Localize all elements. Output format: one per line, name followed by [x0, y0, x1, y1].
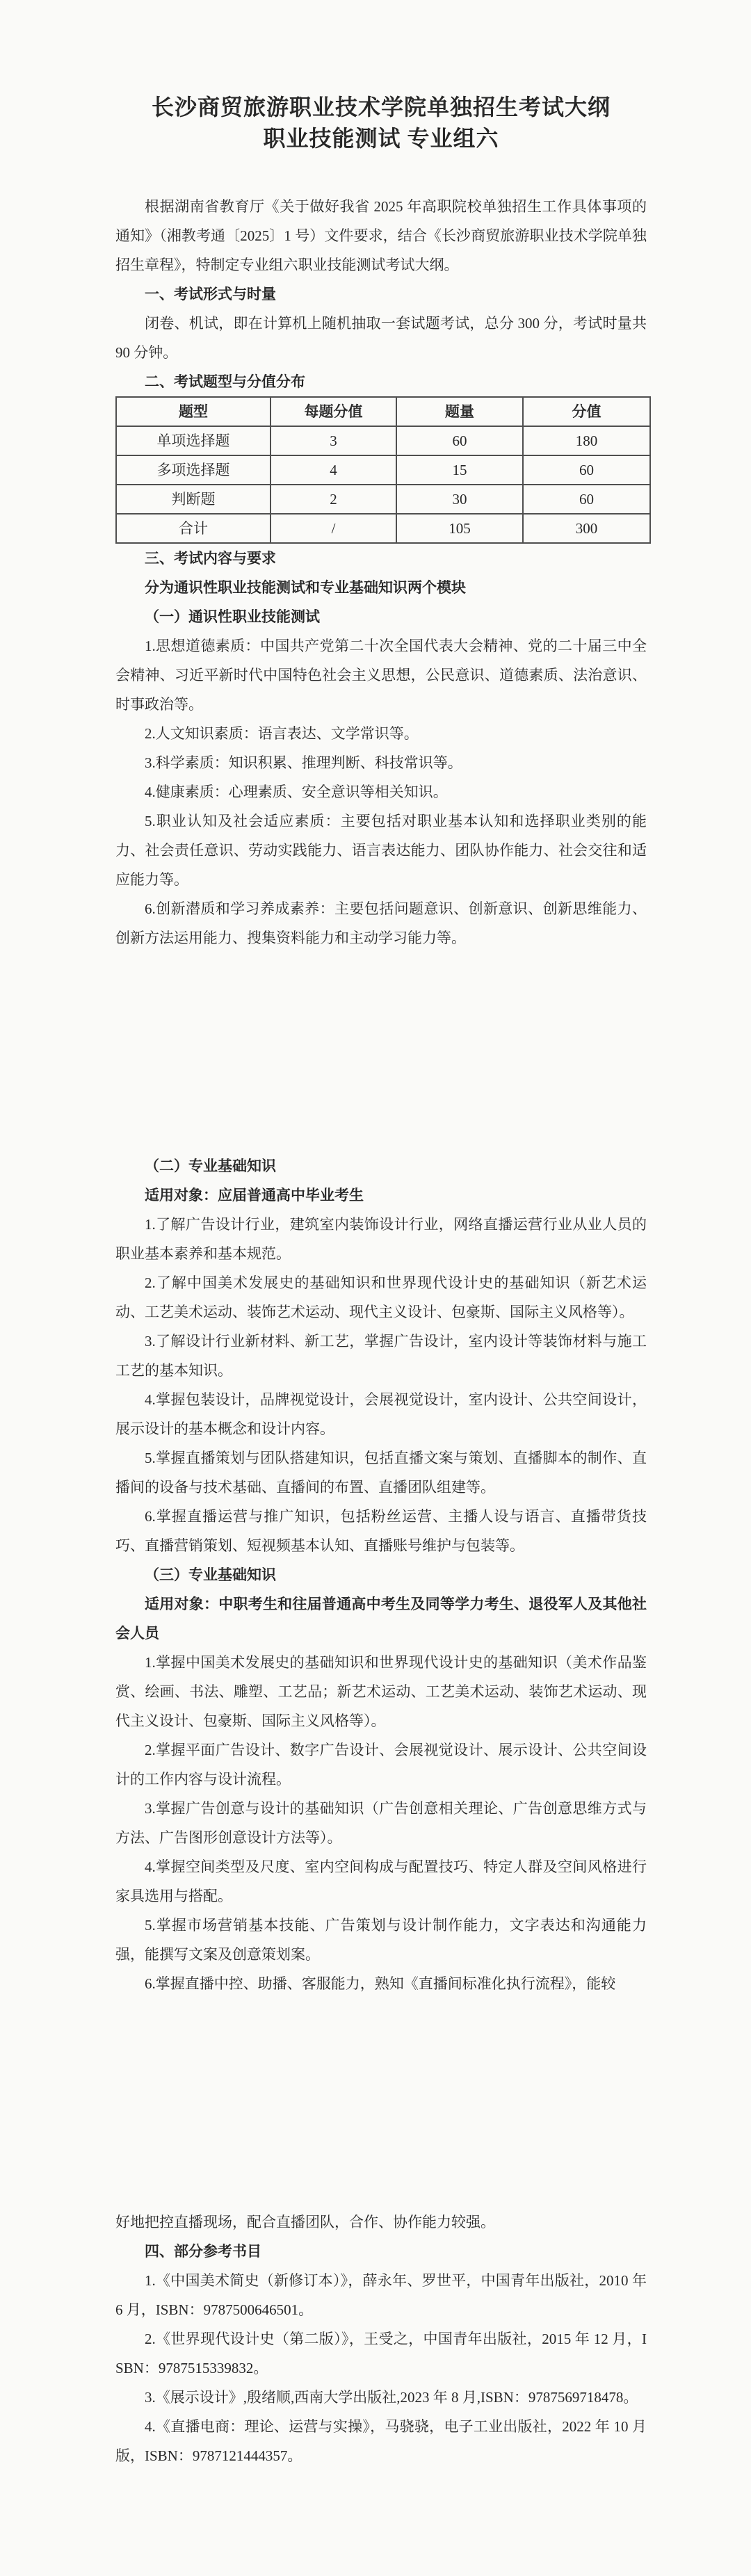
module2-item-4: 4.掌握包装设计，品牌视觉设计，会展视觉设计，室内设计、公共空间设计，展示设计的… [115, 1385, 647, 1443]
table-row: 单项选择题 3 60 180 [116, 426, 650, 455]
table-row: 判断题 2 30 60 [116, 485, 650, 514]
table-cell: 多项选择题 [116, 455, 270, 485]
table-cell: 3 [270, 426, 396, 455]
table-cell: 60 [396, 426, 523, 455]
table-cell: 105 [396, 514, 523, 543]
table-row: 合计 / 105 300 [116, 514, 650, 543]
module2-heading: （二）专业基础知识 [115, 1151, 647, 1181]
module3-item-2: 2.掌握平面广告设计、数字广告设计、会展视觉设计、展示设计、公共空间设计的工作内… [115, 1735, 647, 1794]
module3-heading: （三）专业基础知识 [115, 1560, 647, 1589]
table-cell: / [270, 514, 396, 543]
doc-title-line-1: 长沙商贸旅游职业技术学院单独招生考试大纲 [115, 92, 647, 123]
table-cell: 15 [396, 455, 523, 485]
module1-item-3: 3.科学素质：知识积累、推理判断、科技常识等。 [115, 748, 647, 777]
module3-item-6-part-1: 6.掌握直播中控、助播、客服能力，熟知《直播间标准化执行流程》，能较 [115, 1969, 647, 1998]
module3-item-4: 4.掌握空间类型及尺度、室内空间构成与配置技巧、特定人群及空间风格进行家具选用与… [115, 1852, 647, 1911]
section3-lead: 分为通识性职业技能测试和专业基础知识两个模块 [115, 573, 647, 602]
doc-title-line-2: 职业技能测试 专业组六 [115, 123, 647, 154]
table-header-total-points: 分值 [523, 397, 650, 426]
table-cell: 单项选择题 [116, 426, 270, 455]
table-row: 多项选择题 4 15 60 [116, 455, 650, 485]
module2-item-2: 2.了解中国美术发展史的基础知识和世界现代设计史的基础知识（新艺术运动、工艺美术… [115, 1268, 647, 1327]
module1-item-5: 5.职业认知及社会适应素质：主要包括对职业基本认知和选择职业类别的能力、社会责任… [115, 807, 647, 894]
table-cell: 300 [523, 514, 650, 543]
module1-item-4: 4.健康素质：心理素质、安全意识等相关知识。 [115, 777, 647, 807]
table-cell: 180 [523, 426, 650, 455]
intro-paragraph: 根据湖南省教育厅《关于做好我省 2025 年高职院校单独招生工作具体事项的通知》… [115, 192, 647, 280]
page-break-gap-1 [115, 953, 647, 1151]
table-cell: 60 [523, 485, 650, 514]
module3-audience: 适用对象：中职考生和往届普通高中考生及同等学力考生、退役军人及其他社会人员 [115, 1589, 647, 1648]
section4-heading: 四、部分参考书目 [115, 2237, 647, 2266]
table-cell: 4 [270, 455, 396, 485]
table-cell: 2 [270, 485, 396, 514]
table-cell: 合计 [116, 514, 270, 543]
reference-2: 2.《世界现代设计史（第二版）》，王受之，中国青年出版社，2015 年 12 月… [115, 2324, 647, 2383]
title-spacer [115, 154, 647, 192]
score-distribution-table: 题型 每题分值 题量 分值 单项选择题 3 60 180 多项选择题 4 15 … [115, 396, 651, 544]
table-header-question-count: 题量 [396, 397, 523, 426]
section2-heading: 二、考试题型与分值分布 [115, 367, 647, 396]
table-cell: 判断题 [116, 485, 270, 514]
module3-item-1: 1.掌握中国美术发展史的基础知识和世界现代设计史的基础知识（美术作品鉴赏、绘画、… [115, 1648, 647, 1735]
section1-heading: 一、考试形式与时量 [115, 280, 647, 309]
module1-item-1: 1.思想道德素质：中国共产党第二十次全国代表大会精神、党的二十届三中全会精神、习… [115, 631, 647, 719]
module2-item-6: 6.掌握直播运营与推广知识，包括粉丝运营、主播人设与语言、直播带货技巧、直播营销… [115, 1502, 647, 1560]
table-cell: 30 [396, 485, 523, 514]
module1-item-6: 6.创新潜质和学习养成素养：主要包括问题意识、创新意识、创新思维能力、创新方法运… [115, 894, 647, 953]
document-page: 长沙商贸旅游职业技术学院单独招生考试大纲 职业技能测试 专业组六 根据湖南省教育… [0, 0, 751, 2576]
module1-item-2: 2.人文知识素质：语言表达、文学常识等。 [115, 719, 647, 748]
page-break-gap-2 [115, 1998, 647, 2208]
table-header-points-per-question: 每题分值 [270, 397, 396, 426]
reference-3: 3.《展示设计》,殷绪顺,西南大学出版社,2023 年 8 月,ISBN：978… [115, 2383, 647, 2412]
module2-item-1: 1.了解广告设计行业，建筑室内装饰设计行业，网络直播运营行业从业人员的职业基本素… [115, 1210, 647, 1268]
module3-item-3: 3.掌握广告创意与设计的基础知识（广告创意相关理论、广告创意思维方式与方法、广告… [115, 1794, 647, 1852]
table-header-question-type: 题型 [116, 397, 270, 426]
module2-item-5: 5.掌握直播策划与团队搭建知识，包括直播文案与策划、直播脚本的制作、直播间的设备… [115, 1443, 647, 1502]
module2-audience: 适用对象：应届普通高中毕业考生 [115, 1181, 647, 1210]
module1-heading: （一）通识性职业技能测试 [115, 602, 647, 631]
table-header-row: 题型 每题分值 题量 分值 [116, 397, 650, 426]
table-cell: 60 [523, 455, 650, 485]
module3-item-5: 5.掌握市场营销基本技能、广告策划与设计制作能力，文字表达和沟通能力强，能撰写文… [115, 1911, 647, 1969]
section3-heading: 三、考试内容与要求 [115, 544, 647, 573]
section1-body: 闭卷、机试，即在计算机上随机抽取一套试题考试，总分 300 分，考试时量共 90… [115, 309, 647, 367]
module2-item-3: 3.了解设计行业新材料、新工艺，掌握广告设计，室内设计等装饰材料与施工工艺的基本… [115, 1327, 647, 1385]
reference-4: 4.《直播电商：理论、运营与实操》，马骁骁，电子工业出版社，2022 年 10 … [115, 2412, 647, 2470]
module3-item-6-part-2: 好地把控直播现场，配合直播团队，合作、协作能力较强。 [115, 2208, 647, 2237]
reference-1: 1.《中国美术简史（新修订本）》，薛永年、罗世平，中国青年出版社，2010 年 … [115, 2266, 647, 2324]
